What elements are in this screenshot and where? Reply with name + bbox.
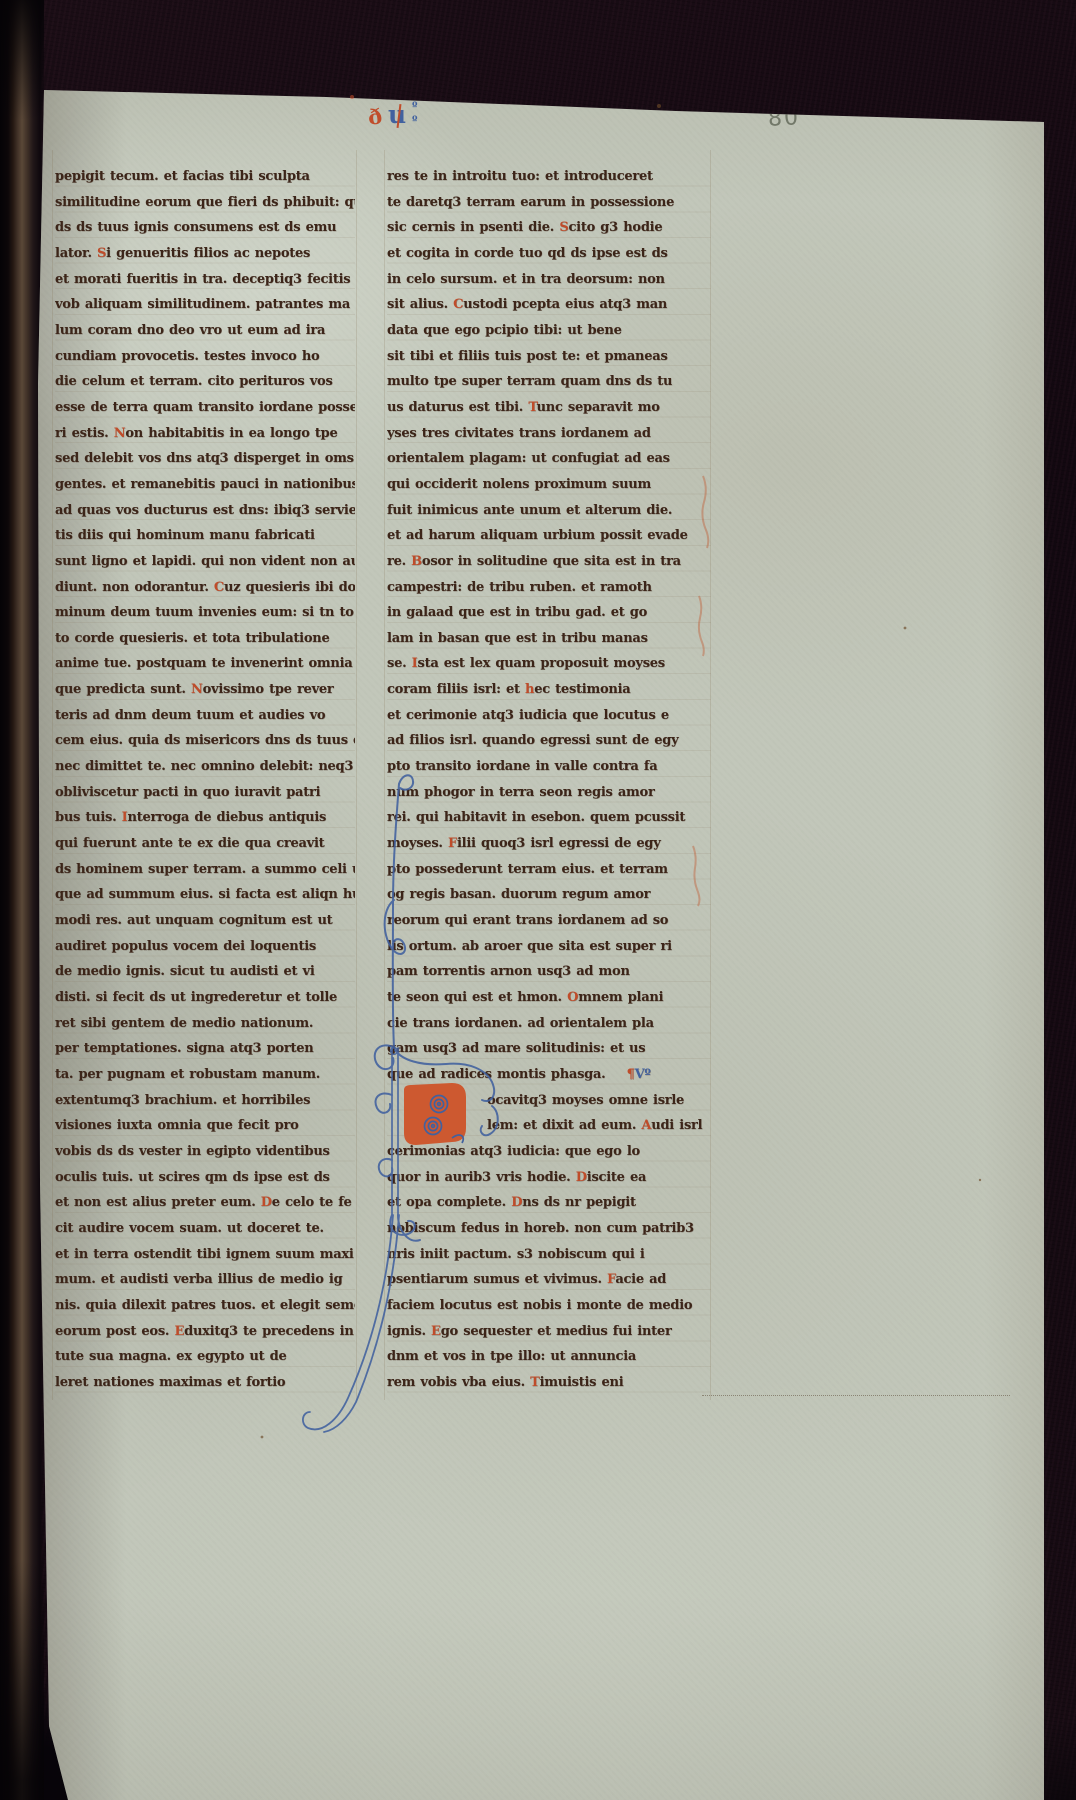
text-line: leret nationes maximas et fortio [55,1370,355,1396]
text-line: ad filios isrl. quando egressi sunt de e… [387,728,711,754]
text-line: obliviscetur pacti in quo iuravit patri [55,780,355,806]
text-line: visiones iuxta omnia que fecit pro [55,1113,355,1139]
text-line: psentiarum sumus et vivimus. Facie ad [387,1267,711,1293]
bottom-dotted-ruling [702,1395,1010,1396]
text-line: die celum et terram. cito perituros vos [55,369,355,395]
text-line: anime tue. postquam te invenerint omnia [55,651,355,677]
text-line: de medio ignis. sicut tu audisti et vi [55,959,355,985]
text-line: ocavitq3 moyses omne isrle [387,1088,711,1114]
text-line: teris ad dnm deum tuum et audies vo [55,703,355,729]
text-line: te daretq3 terram earum in possessione [387,190,711,216]
text-line: similitudine eorum que fieri ds phibuit:… [55,190,355,216]
ruling-line-left-outer [52,150,53,1400]
text-line: et cerimonie atq3 iudicia que locutus e [387,703,711,729]
text-line: cit audire vocem suam. ut doceret te. [55,1216,355,1242]
text-line: pam torrentis arnon usq3 ad mon [387,959,711,985]
text-line: cerimonias atq3 iudicia: que ego lo [387,1139,711,1165]
ruling-line-right-inner [384,150,385,1400]
text-line: cie trans iordanen. ad orientalem pla [387,1011,711,1037]
text-line: esse de terra quam transito iordane poss… [55,395,355,421]
text-line: ad quas vos ducturus est dns: ibiq3 serv… [55,498,355,524]
text-line: campestri: de tribu ruben. et ramoth [387,575,711,601]
text-line: qui fuerunt ante te ex die qua creavit [55,831,355,857]
text-line: rei. qui habitavit in esebon. quem pcuss… [387,805,711,831]
text-line: in galaad que est in tribu gad. et go [387,600,711,626]
text-line: ignis. Ego sequester et medius fui inter [387,1319,711,1345]
text-line: mum. et audisti verba illius de medio ig [55,1267,355,1293]
text-line: gam usq3 ad mare solitudinis: et us [387,1036,711,1062]
text-line: sunt ligno et lapidi. qui non vident non… [55,549,355,575]
text-line: num phogor in terra seon regis amor [387,780,711,806]
text-line: et cogita in corde tuo qd ds ipse est ds [387,241,711,267]
text-line: reorum qui erant trans iordanem ad so [387,908,711,934]
text-line: faciem locutus est nobis i monte de medi… [387,1293,711,1319]
text-line: nris iniit pactum. s3 nobiscum qui i [387,1242,711,1268]
text-line: lem: et dixit ad eum. Audi isrl [387,1113,711,1139]
text-line: lator. Si genueritis filios ac nepotes [55,241,355,267]
text-line: dnm et vos in tpe illo: ut annuncia [387,1344,711,1370]
text-line: pto possederunt terram eius. et terram [387,857,711,883]
text-line: ret sibi gentem de medio nationum. [55,1011,355,1037]
running-title-side-mark: º [412,100,418,113]
text-line: ds ds tuus ignis consumens est ds emu [55,215,355,241]
text-line: tute sua magna. ex egypto ut de [55,1344,355,1370]
text-line: data que ego pcipio tibi: ut bene [387,318,711,344]
text-line: in celo sursum. et in tra deorsum: non [387,267,711,293]
text-line: fuit inimicus ante unum et alterum die. [387,498,711,524]
parchment-page: ð u o º º 80 pepigit tecum. et facias ti… [36,84,1044,1800]
text-line: lam in basan que est in tribu manas [387,626,711,652]
text-line: gentes. et remanebitis pauci in nationib… [55,472,355,498]
text-line: og regis basan. duorum regum amor [387,882,711,908]
text-line: tis diis qui hominum manu fabricati [55,523,355,549]
text-line: multo tpe super terram quam dns ds tu [387,369,711,395]
text-line: audiret populus vocem dei loquentis [55,934,355,960]
text-line: que ad radices montis phasga. ¶Vº [387,1062,711,1088]
text-line: et in terra ostendit tibi ignem suum max… [55,1242,355,1268]
text-line: nobiscum fedus in horeb. non cum patrib3 [387,1216,711,1242]
text-line: se. Ista est lex quam proposuit moyses [387,651,711,677]
text-line: diunt. non odorantur. Cuz quesieris ibi … [55,575,355,601]
text-line: sit tibi et filiis tuis post te: et pman… [387,344,711,370]
text-column-right: res te in introitu tuo: et introducerett… [387,164,711,1396]
text-line: que predicta sunt. Novissimo tpe rever [55,677,355,703]
text-line: et morati fueritis in tra. deceptiq3 fec… [55,267,355,293]
text-line: oculis tuis. ut scires qm ds ipse est ds [55,1165,355,1191]
text-line: quor in aurib3 vris hodie. Discite ea [387,1165,711,1191]
text-line: nec dimittet te. nec omnino delebit: neq… [55,754,355,780]
text-line: pepigit tecum. et facias tibi sculpta [55,164,355,190]
ruling-line-left-inner [356,150,357,1400]
text-line: disti. si fecit ds ut ingrederetur et to… [55,985,355,1011]
text-line: eorum post eos. Eduxitq3 te precedens in… [55,1319,355,1345]
text-line: res te in introitu tuo: et introduceret [387,164,711,190]
text-line: lum coram dno deo vro ut eum ad ira [55,318,355,344]
text-line: per temptationes. signa atq3 porten [55,1036,355,1062]
text-line: bus tuis. Interroga de diebus antiquis [55,805,355,831]
text-line: modi res. aut unquam cognitum est ut [55,908,355,934]
text-line: cem eius. quia ds misericors dns ds tuus… [55,728,355,754]
text-column-left: pepigit tecum. et facias tibi sculptasim… [55,164,355,1396]
text-line: to corde quesieris. et tota tribulatione [55,626,355,652]
manuscript-photograph: ð u o º º 80 pepigit tecum. et facias ti… [0,0,1076,1800]
text-line: ds hominem super terram. a summo celi us [55,857,355,883]
text-line: cundiam provocetis. testes invoco ho [55,344,355,370]
text-line: orientalem plagam: ut confugiat ad eas [387,446,711,472]
text-line: yses tres civitates trans iordanem ad [387,421,711,447]
text-line: extentumq3 brachium. et horribiles [55,1088,355,1114]
text-line: te seon qui est et hmon. Omnem plani [387,985,711,1011]
text-line: coram filiis isrl: et hec testimonia [387,677,711,703]
text-line: sed delebit vos dns atq3 disperget in om… [55,446,355,472]
text-line: vob aliquam similitudinem. patrantes ma [55,292,355,318]
text-line: lis ortum. ab aroer que sita est super r… [387,934,711,960]
text-line: et opa complete. Dns ds nr pepigit [387,1190,711,1216]
text-line: et non est alius preter eum. De celo te … [55,1190,355,1216]
text-line: minum deum tuum invenies eum: si tn to [55,600,355,626]
text-line: que ad summum eius. si facta est aliqn h… [55,882,355,908]
text-line: pto transito iordane in valle contra fa [387,754,711,780]
text-line: moyses. Filii quoq3 isrl egressi de egy [387,831,711,857]
text-line: re. Bosor in solitudine que sita est in … [387,549,711,575]
book-spine [0,0,44,1800]
text-line: et ad harum aliquam urbium possit evade [387,523,711,549]
text-line: sit alius. Custodi pcepta eius atq3 man [387,292,711,318]
text-line: qui occiderit nolens proximum suum [387,472,711,498]
text-line: ta. per pugnam et robustam manum. [55,1062,355,1088]
text-line: us daturus est tibi. Tunc separavit mo [387,395,711,421]
running-title-red-glyph: ð [367,103,384,129]
text-line: vobis ds ds vester in egipto videntibus [55,1139,355,1165]
running-title-side-mark: º [412,114,418,127]
text-line: ri estis. Non habitabitis in ea longo tp… [55,421,355,447]
text-line: rem vobis vba eius. Timuistis eni [387,1370,711,1396]
text-line: nis. quia dilexit patres tuos. et elegit… [55,1293,355,1319]
text-line: sic cernis in psenti die. Scito g3 hodie [387,215,711,241]
